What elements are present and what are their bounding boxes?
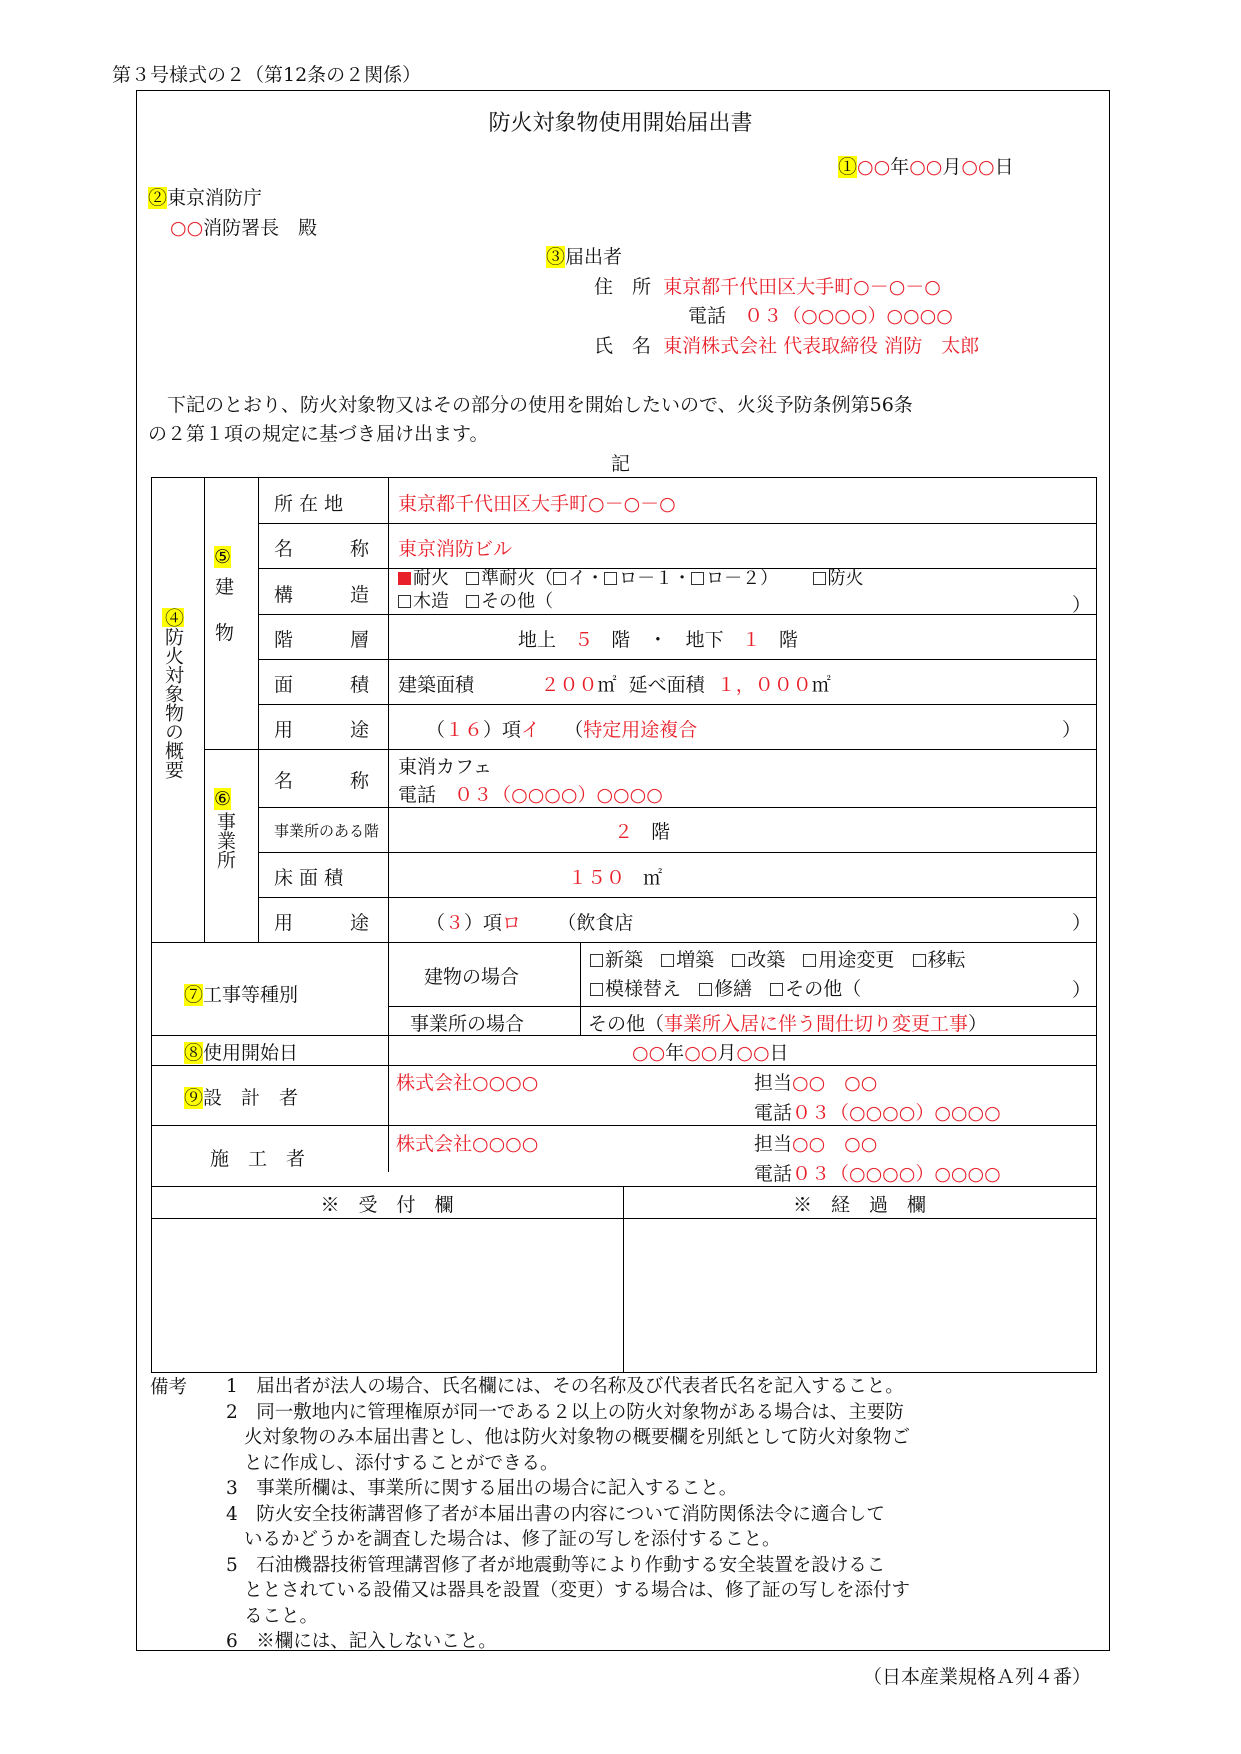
note-1: 1 届出者が法人の場合、氏名欄には、その名称及び代表者氏名を記入すること。 bbox=[226, 1374, 1098, 1400]
contractor-contact[interactable]: 担当○○ ○○ bbox=[754, 1129, 877, 1156]
recipient-chief[interactable]: ○○消防署長 殿 bbox=[170, 213, 317, 240]
designer-contact[interactable]: 担当○○ ○○ bbox=[754, 1068, 877, 1095]
form-id: 第３号様式の２（第12条の２関係） bbox=[112, 60, 421, 87]
designer-company[interactable]: 株式会社○○○○ bbox=[396, 1068, 538, 1095]
intro-line-1: 下記のとおり、防火対象物又はその部分の使用を開始したいので、火災予防条例第56条 bbox=[148, 390, 913, 417]
checkbox-fireproof[interactable]: 耐火 bbox=[398, 568, 449, 589]
reception-box bbox=[153, 1220, 621, 1370]
structure-options: 耐火 準耐火（イ・ロ－１・ロ－２） 防火 木造 その他（ bbox=[398, 567, 864, 613]
location-label: 所 在 地 bbox=[274, 489, 343, 516]
designer-phone[interactable]: 電話０３（○○○○）○○○○ bbox=[754, 1098, 1001, 1125]
reception-label: ※ 受 付 欄 bbox=[151, 1190, 623, 1217]
start-date-label: ⑧使用開始日 bbox=[184, 1038, 298, 1065]
area-label: 面 積 bbox=[274, 670, 369, 697]
contractor-label: 施 工 者 bbox=[210, 1144, 305, 1171]
checkbox-rebuild[interactable]: 改築 bbox=[732, 949, 785, 971]
checkbox-fire-prevention[interactable]: 防火 bbox=[813, 568, 864, 589]
notes: 備考 bbox=[150, 1374, 187, 1401]
progress-box bbox=[625, 1220, 1094, 1370]
note-6: 6 ※欄には、記入しないこと。 bbox=[226, 1629, 1098, 1655]
office-name-value[interactable]: 東消カフェ bbox=[398, 752, 492, 779]
checkbox-wooden[interactable]: 木造 bbox=[398, 591, 449, 612]
marker-3: ③ bbox=[546, 246, 565, 268]
designer-label: ⑨設 計 者 bbox=[184, 1083, 298, 1110]
note-2: 2 同一敷地内に管理権原が同一である２以上の防火対象物がある場合は、主要防 bbox=[226, 1400, 1098, 1426]
work-type-label: ⑦工事等種別 bbox=[184, 980, 298, 1007]
applicant-address[interactable]: 住 所 東京都千代田区大手町○－○－○ bbox=[594, 272, 941, 299]
overview-section-label: ④防火対象物の概要 bbox=[163, 608, 182, 779]
note-4: 4 防火安全技術講習修了者が本届出書の内容について消防関係法令に適合して bbox=[226, 1502, 1098, 1528]
checkbox-semi-fireproof[interactable]: 準耐火（ bbox=[466, 568, 553, 589]
building-label-1: 建 bbox=[215, 572, 234, 599]
checkbox-semi-i[interactable]: イ・ bbox=[553, 568, 604, 589]
marker-9: ⑨ bbox=[184, 1087, 203, 1109]
notes-label: 備考 bbox=[150, 1377, 187, 1398]
checkbox-work-other[interactable]: その他（ bbox=[770, 978, 861, 1000]
notes-list: 1 届出者が法人の場合、氏名欄には、その名称及び代表者氏名を記入すること。 2 … bbox=[226, 1374, 1098, 1655]
building-use-value[interactable]: （１６）項イ （特定用途複合 bbox=[426, 715, 697, 742]
office-use-close: ） bbox=[1072, 908, 1091, 935]
building-use-close: ） bbox=[1062, 715, 1081, 742]
marker-4: ④ bbox=[162, 608, 184, 627]
office-floor-label: 事業所のある階 bbox=[274, 820, 379, 841]
document-title: 防火対象物使用開始届出書 bbox=[0, 106, 1241, 137]
area-value[interactable]: 建築面積 ２００㎡ 延べ面積 １，０００㎡ bbox=[398, 670, 831, 697]
office-use-label: 用 途 bbox=[274, 908, 369, 935]
office-case-label: 事業所の場合 bbox=[410, 1009, 524, 1036]
note-5: 5 石油機器技術管理講習修了者が地震動等により作動する安全装置を設けるこ bbox=[226, 1553, 1098, 1579]
ki-label: 記 bbox=[0, 449, 1241, 476]
contractor-company[interactable]: 株式会社○○○○ bbox=[396, 1129, 538, 1156]
checkbox-extension[interactable]: 増築 bbox=[661, 949, 714, 971]
location-value[interactable]: 東京都千代田区大手町○－○－○ bbox=[398, 489, 676, 516]
marker-7: ⑦ bbox=[184, 984, 203, 1006]
paper-size-note: （日本産業規格Ａ列４番） bbox=[863, 1662, 1091, 1689]
floors-label: 階 層 bbox=[274, 625, 369, 652]
checkbox-semi-ro2[interactable]: ロ－２） bbox=[691, 568, 778, 589]
applicant-label: ③届出者 bbox=[546, 242, 622, 269]
office-phone[interactable]: 電話 ０３（○○○○）○○○○ bbox=[398, 780, 663, 807]
marker-5: ⑤ bbox=[214, 546, 231, 568]
recipient-agency: ②東京消防庁 bbox=[148, 183, 262, 210]
checkbox-use-change[interactable]: 用途変更 bbox=[803, 949, 894, 971]
building-case-label: 建物の場合 bbox=[424, 962, 519, 989]
building-case-close: ） bbox=[1072, 975, 1091, 1002]
checkbox-structure-other[interactable]: その他（ bbox=[466, 591, 553, 612]
marker-8: ⑧ bbox=[184, 1042, 203, 1064]
note-3: 3 事業所欄は、事業所に関する届出の場合に記入すること。 bbox=[226, 1476, 1098, 1502]
checkbox-semi-ro1[interactable]: ロ－１・ bbox=[604, 568, 691, 589]
progress-label: ※ 経 過 欄 bbox=[623, 1190, 1096, 1217]
office-floor-value[interactable]: ２ 階 bbox=[614, 817, 670, 844]
submission-date[interactable]: ①○○年○○月○○日 bbox=[838, 152, 1014, 179]
building-name-value[interactable]: 東京消防ビル bbox=[398, 534, 512, 561]
contractor-phone[interactable]: 電話０３（○○○○）○○○○ bbox=[754, 1159, 1001, 1186]
office-case-value[interactable]: その他（事業所入居に伴う間仕切り変更工事） bbox=[588, 1009, 987, 1036]
office-use-value[interactable]: （３）項ロ （飲食店 bbox=[426, 908, 633, 935]
checkbox-repair[interactable]: 修繕 bbox=[699, 978, 752, 1000]
office-name-label: 名 称 bbox=[274, 766, 369, 793]
floor-area-value[interactable]: １５０ ㎡ bbox=[568, 863, 662, 890]
marker-1: ① bbox=[838, 156, 857, 178]
building-name-label: 名 称 bbox=[274, 534, 369, 561]
floor-area-label: 床 面 積 bbox=[274, 863, 343, 890]
building-case-options: 新築 増築 改築 用途変更 移転 模様替え 修繕 その他（ bbox=[590, 946, 966, 1004]
floors-value[interactable]: 地上 ５ 階 ・ 地下 １ 階 bbox=[518, 625, 798, 652]
marker-2: ② bbox=[148, 187, 167, 209]
applicant-phone[interactable]: 電話 ０３（○○○○）○○○○ bbox=[688, 301, 953, 328]
applicant-name[interactable]: 氏 名 東消株式会社 代表取締役 消防 太郎 bbox=[594, 331, 979, 358]
structure-close-paren: ） bbox=[1072, 590, 1091, 617]
start-date-value[interactable]: ○○年○○月○○日 bbox=[632, 1038, 789, 1065]
building-use-label: 用 途 bbox=[274, 715, 369, 742]
marker-6: ⑥ bbox=[214, 788, 231, 810]
intro-line-2: の２第１項の規定に基づき届け出ます。 bbox=[148, 419, 488, 446]
office-section-label: 事業所 bbox=[215, 812, 234, 869]
checkbox-new-build[interactable]: 新築 bbox=[590, 949, 643, 971]
checkbox-remodel[interactable]: 模様替え bbox=[590, 978, 681, 1000]
building-label-2: 物 bbox=[215, 618, 234, 645]
checkbox-relocation[interactable]: 移転 bbox=[913, 949, 966, 971]
structure-label: 構 造 bbox=[274, 580, 369, 607]
